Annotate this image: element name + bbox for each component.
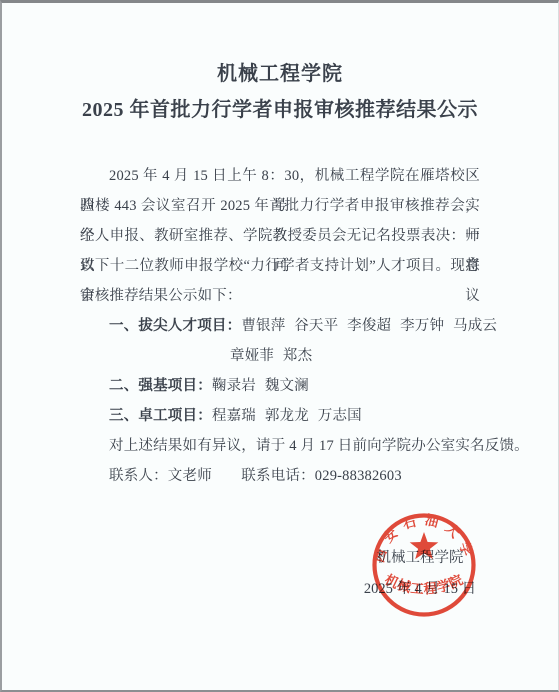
list-item-names-continued: 章娅菲 郑杰 xyxy=(230,341,480,371)
closing-line: 对上述结果如有异议，请于 4 月 17 日前向学院办公室实名反馈。 xyxy=(80,431,480,461)
contact-line: 联系人：文老师 联系电话：029-88382603 xyxy=(80,461,480,491)
list-item-top-talent: 一、拔尖人才项目：曹银萍 谷天平 李俊超 李万钟 马成云 xyxy=(80,311,480,341)
document-page: 机械工程学院 2025 年首批力行学者申报审核推荐结果公示 2025 年 4 月… xyxy=(0,0,559,692)
list-item-label: 三、卓工项目： xyxy=(109,408,212,424)
list-item-label: 二、强基项目： xyxy=(109,378,212,394)
list-item-label: 一、拔尖人才项目： xyxy=(109,318,241,334)
list-item-names: 鞠录岩 魏文澜 xyxy=(212,378,309,394)
document-title: 机械工程学院 xyxy=(2,61,558,87)
paragraph-line: 验楼 443 会议室召开 2025 年首批力行学者申报审核推荐会，经教师 xyxy=(80,191,480,221)
seal-bottom-text: 机械工程学院 xyxy=(382,571,465,597)
list-item-names: 程嘉瑞 郭龙龙 万志国 xyxy=(212,408,362,424)
document-subtitle: 2025 年首批力行学者申报审核推荐结果公示 xyxy=(2,96,558,124)
list-item-names: 曹银萍 谷天平 李俊超 李万钟 马成云 xyxy=(241,318,497,334)
list-item-outstanding-eng: 三、卓工项目：程嘉瑞 郭龙龙 万志国 xyxy=(80,401,480,431)
paragraph-line: 2025 年 4 月 15 日上午 8：30，机械工程学院在雁塔校区四号实 xyxy=(80,161,480,191)
star-icon xyxy=(410,532,439,559)
list-item-strong-base: 二、强基项目：鞠录岩 魏文澜 xyxy=(80,371,480,401)
paragraph-line: 以下十二位教师申报学校“力行学者支持计划”人才项目。现将会议 xyxy=(80,251,480,281)
document-body: 2025 年 4 月 15 日上午 8：30，机械工程学院在雁塔校区四号实 验楼… xyxy=(80,161,480,491)
paragraph-line: 个人申报、教研室推荐、学院教授委员会无记名投票表决：一致同意 xyxy=(80,221,480,251)
official-seal: 西安石油大学 机械工程学院 xyxy=(368,509,480,621)
